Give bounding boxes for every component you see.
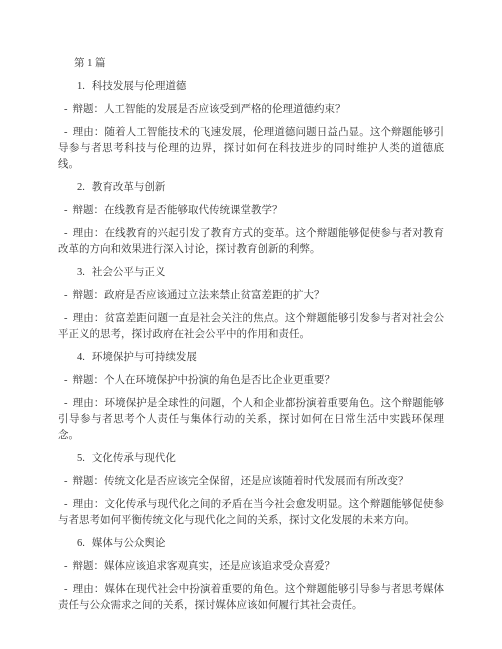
dash-bullet: - [64,205,68,216]
dash-bullet: - [64,228,68,239]
topic-title: 文化传承与现代化 [92,453,176,464]
debate-label: 辩题： [73,375,105,386]
topic-number: 2. [77,182,85,193]
dash-bullet: - [64,127,68,138]
dash-bullet: - [64,499,68,510]
reason-line: -理由：在线教育的兴起引发了教育方式的变革。这个辩题能够促使参与者对教育改革的方… [58,226,444,258]
debate-text: 媒体应该追求客观真实，还是应该追求受众喜爱？ [104,561,335,572]
reason-label: 理由： [73,127,105,138]
topic-title-line: 6.媒体与公众舆论 [58,536,444,552]
dash-bullet: - [64,584,68,595]
dash-bullet: - [64,313,68,324]
dash-bullet: - [64,375,68,386]
topic-title-line: 2.教育改革与创新 [58,180,444,196]
reason-line: -理由：环境保护是全球性的问题，个人和企业都扮演着重要角色。这个辩题能够引导参与… [58,396,444,444]
topic-number: 3. [77,267,85,278]
topic-number: 5. [77,453,85,464]
reason-line: -理由：媒体在现代社会中扮演着重要的角色。这个辩题能够引导参与者思考媒体责任与公… [58,582,444,614]
dash-bullet: - [64,104,68,115]
topic-title-line: 5.文化传承与现代化 [58,451,444,467]
topic-section: 3.社会公平与正义 -辩题：政府是否应该通过立法来禁止贫富差距的扩大？ -理由：… [58,265,444,343]
topic-title-line: 4.环境保护与可持续发展 [58,350,444,366]
debate-line: -辩题：在线教育是否能够取代传统课堂教学？ [58,203,444,219]
dash-bullet: - [64,476,68,487]
reason-line: -理由：贫富差距问题一直是社会关注的焦点。这个辩题能够引发参与者对社会公平正义的… [58,311,444,343]
reason-text: 随着人工智能技术的飞速发展，伦理道德问题日益凸显。这个辩题能够引导参与者思考科技… [58,127,444,170]
reason-text: 贫富差距问题一直是社会关注的焦点。这个辩题能够引发参与者对社会公平正义的思考，探… [58,313,444,340]
topic-title: 教育改革与创新 [92,182,166,193]
debate-label: 辩题： [73,205,105,216]
dash-bullet: - [64,290,68,301]
debate-label: 辩题： [73,561,105,572]
reason-label: 理由： [73,584,105,595]
topic-section: 1.科技发展与伦理道德 -辩题：人工智能的发展是否应该受到严格的伦理道德约束？ … [58,79,444,173]
topic-title: 科技发展与伦理道德 [92,81,187,92]
reason-label: 理由： [73,499,105,510]
reason-label: 理由： [73,313,105,324]
debate-text: 政府是否应该通过立法来禁止贫富差距的扩大？ [104,290,325,301]
reason-line: -理由：随着人工智能技术的飞速发展，伦理道德问题日益凸显。这个辩题能够引导参与者… [58,125,444,173]
topic-number: 6. [77,538,85,549]
topic-number: 4. [77,352,85,363]
reason-line: -理由：文化传承与现代化之间的矛盾在当今社会愈发明显。这个辩题能够促使参与者思考… [58,497,444,529]
topic-title-line: 1.科技发展与伦理道德 [58,79,444,95]
reason-text: 文化传承与现代化之间的矛盾在当今社会愈发明显。这个辩题能够促使参与者思考如何平衡… [58,499,444,526]
debate-line: -辩题：人工智能的发展是否应该受到严格的伦理道德约束？ [58,102,444,118]
reason-text: 在线教育的兴起引发了教育方式的变革。这个辩题能够促使参与者对教育改革的方向和效果… [58,228,444,255]
dash-bullet: - [64,398,68,409]
topic-title: 媒体与公众舆论 [92,538,166,549]
reason-label: 理由： [73,228,105,239]
topic-section: 2.教育改革与创新 -辩题：在线教育是否能够取代传统课堂教学？ -理由：在线教育… [58,180,444,258]
topic-section: 6.媒体与公众舆论 -辩题：媒体应该追求客观真实，还是应该追求受众喜爱？ -理由… [58,536,444,614]
debate-text: 人工智能的发展是否应该受到严格的伦理道德约束？ [104,104,346,115]
topic-title: 环境保护与可持续发展 [92,352,197,363]
topic-title-line: 3.社会公平与正义 [58,265,444,281]
reason-text: 环境保护是全球性的问题，个人和企业都扮演着重要角色。这个辩题能够引导参与者思考个… [58,398,444,441]
topic-section: 5.文化传承与现代化 -辩题：传统文化是否应该完全保留，还是应该随着时代发展而有… [58,451,444,529]
dash-bullet: - [64,561,68,572]
doc-header: 第 1 篇 [58,56,444,72]
debate-text: 传统文化是否应该完全保留，还是应该随着时代发展而有所改变？ [104,476,409,487]
debate-label: 辩题： [73,104,105,115]
topic-number: 1. [77,81,85,92]
reason-label: 理由： [73,398,105,409]
debate-line: -辩题：传统文化是否应该完全保留，还是应该随着时代发展而有所改变？ [58,474,444,490]
debate-text: 个人在环境保护中扮演的角色是否比企业更重要？ [104,375,335,386]
document-page: 第 1 篇 1.科技发展与伦理道德 -辩题：人工智能的发展是否应该受到严格的伦理… [0,0,502,614]
debate-text: 在线教育是否能够取代传统课堂教学？ [104,205,283,216]
debate-label: 辩题： [73,476,105,487]
debate-line: -辩题：个人在环境保护中扮演的角色是否比企业更重要？ [58,373,444,389]
debate-line: -辩题：媒体应该追求客观真实，还是应该追求受众喜爱？ [58,559,444,575]
document-content: 第 1 篇 1.科技发展与伦理道德 -辩题：人工智能的发展是否应该受到严格的伦理… [58,56,444,614]
debate-label: 辩题： [73,290,105,301]
topic-section: 4.环境保护与可持续发展 -辩题：个人在环境保护中扮演的角色是否比企业更重要？ … [58,350,444,444]
reason-text: 媒体在现代社会中扮演着重要的角色。这个辩题能够引导参与者思考媒体责任与公众需求之… [58,584,444,611]
debate-line: -辩题：政府是否应该通过立法来禁止贫富差距的扩大？ [58,288,444,304]
topic-title: 社会公平与正义 [92,267,166,278]
